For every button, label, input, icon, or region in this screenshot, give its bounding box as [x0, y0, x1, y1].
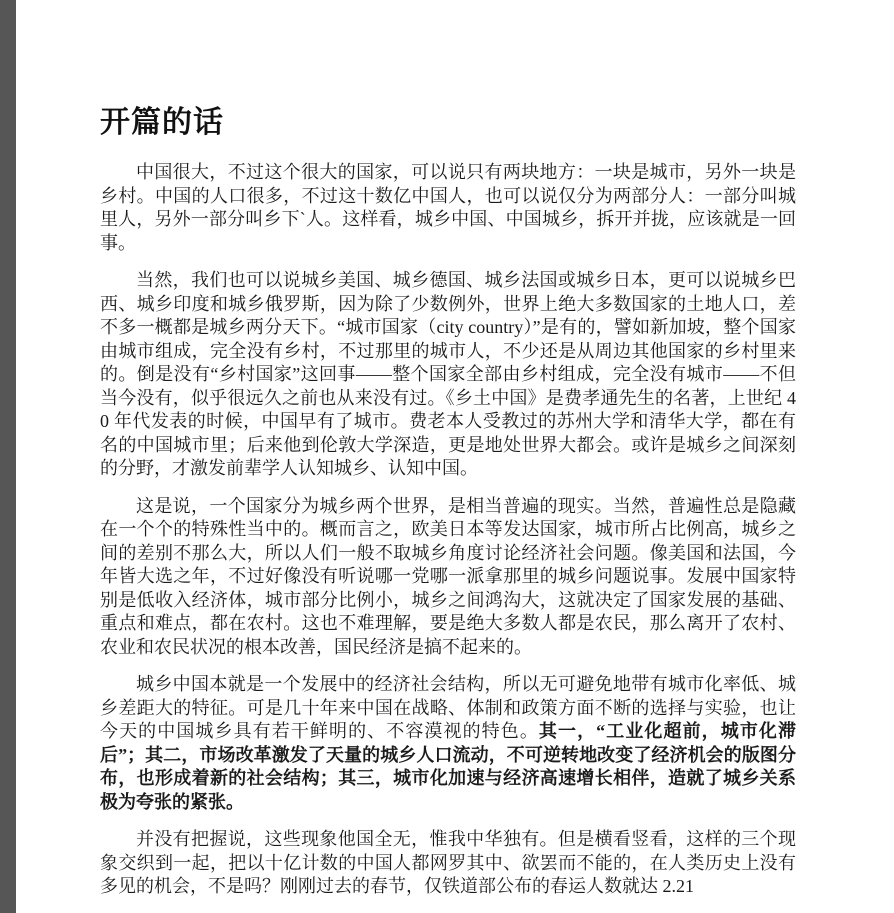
- viewer-gutter-bar: [0, 0, 16, 913]
- paragraph-1: 中国很大，不过这个很大的国家，可以说只有两块地方：一块是城市，另外一块是乡村。中…: [100, 161, 796, 255]
- document-page[interactable]: 开篇的话 中国很大，不过这个很大的国家，可以说只有两块地方：一块是城市，另外一块…: [16, 0, 894, 913]
- paragraph-5-text: 并没有把握说，这些现象他国全无，惟我中华独有。但是横看竖看，这样的三个现象交织到…: [100, 829, 796, 896]
- paragraph-3: 这是说，一个国家分为城乡两个世界，是相当普遍的现实。当然，普遍性总是隐藏在一个个…: [100, 495, 796, 660]
- paragraph-4: 城乡中国本就是一个发展中的经济社会结构，所以无可避免地带有城市化率低、城乡差距大…: [100, 673, 796, 814]
- paragraph-5: 并没有把握说，这些现象他国全无，惟我中华独有。但是横看竖看，这样的三个现象交织到…: [100, 828, 796, 899]
- page-body: 中国很大，不过这个很大的国家，可以说只有两块地方：一块是城市，另外一块是乡村。中…: [100, 161, 796, 899]
- page-title: 开篇的话: [100, 104, 894, 142]
- paragraph-2: 当然，我们也可以说城乡美国、城乡德国、城乡法国或城乡日本，更可以说城乡巴西、城乡…: [100, 269, 796, 481]
- document-viewer: 开篇的话 中国很大，不过这个很大的国家，可以说只有两块地方：一块是城市，另外一块…: [0, 0, 894, 913]
- paragraph-1-text: 中国很大，不过这个很大的国家，可以说只有两块地方：一块是城市，另外一块是乡村。中…: [100, 162, 796, 253]
- paragraph-3-text: 这是说，一个国家分为城乡两个世界，是相当普遍的现实。当然，普遍性总是隐藏在一个个…: [100, 496, 796, 657]
- paragraph-2-text: 当然，我们也可以说城乡美国、城乡德国、城乡法国或城乡日本，更可以说城乡巴西、城乡…: [100, 270, 796, 478]
